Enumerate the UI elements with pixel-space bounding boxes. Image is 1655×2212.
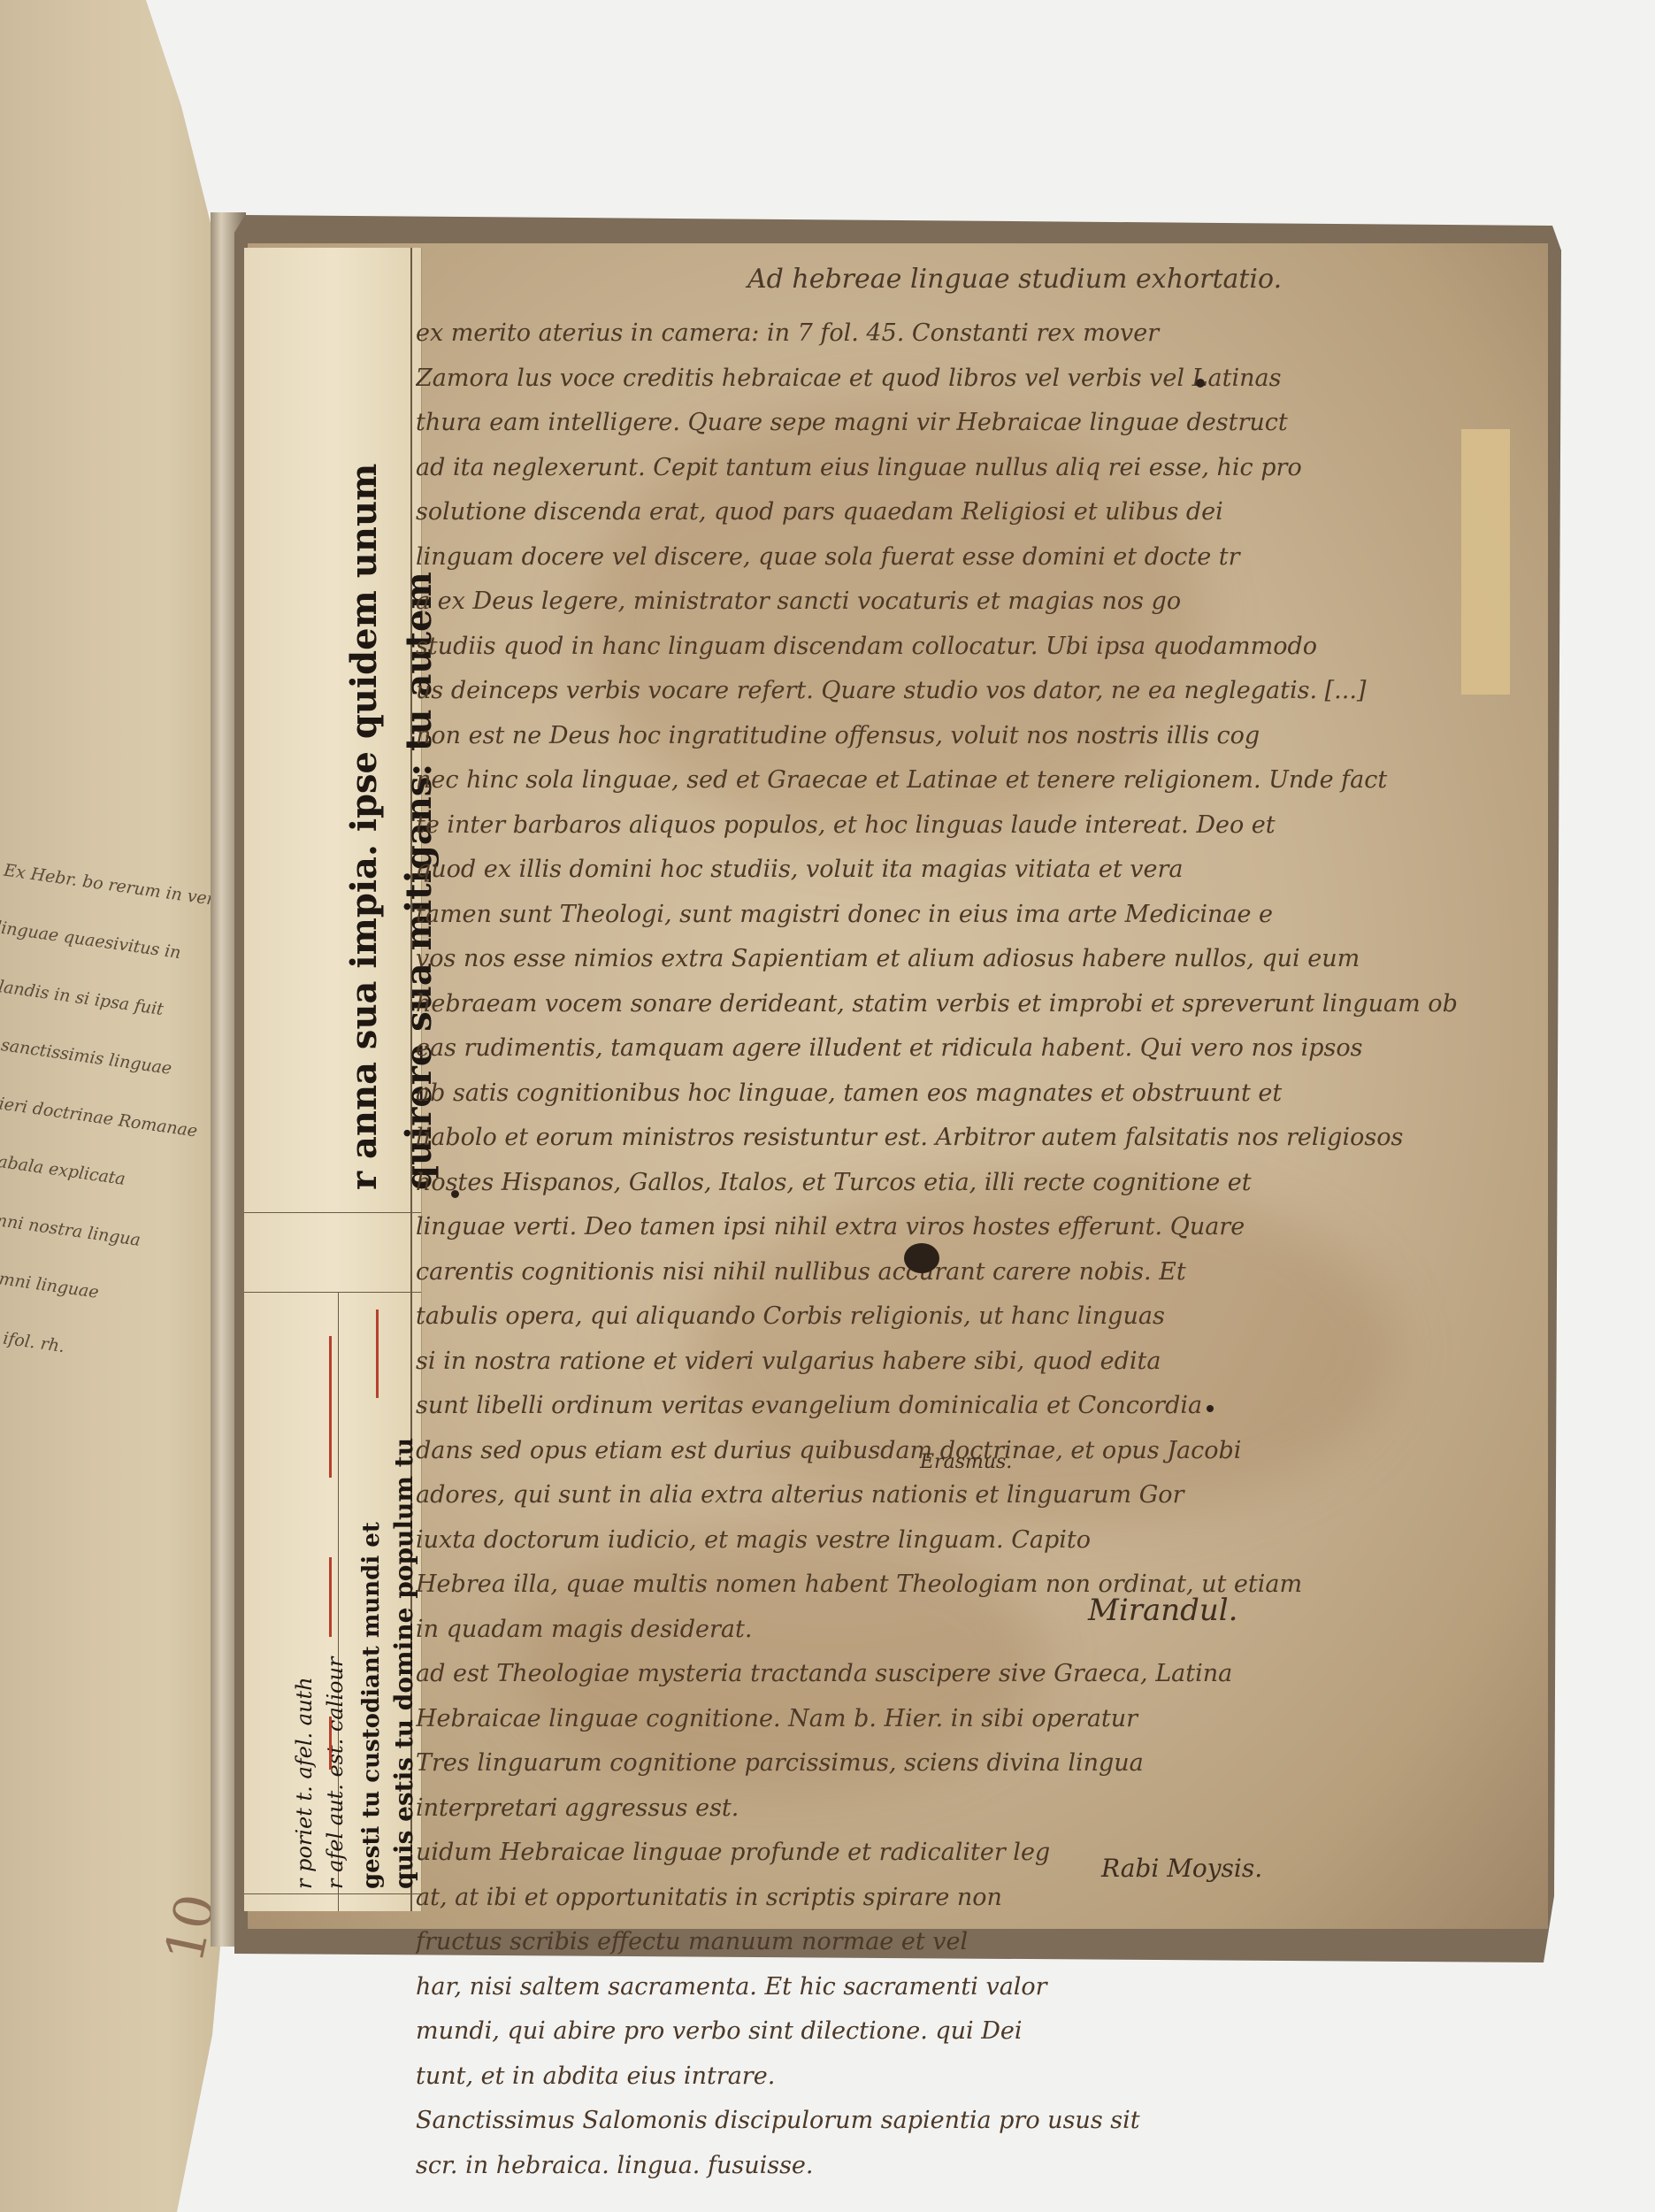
text-line: iuxta doctorum iudicio, et magis vestre … [416,1518,1490,1563]
text-line: studiis quod in hanc linguam discendam c… [416,625,1490,670]
text-line: at, at ibi et opportunitatis in scriptis… [416,1876,1490,1921]
text-line: te inter barbaros aliquos populos, et ho… [416,803,1490,849]
text-line: in quadam magis desiderat. [416,1608,1490,1653]
text-line: interpretari aggressus est. [416,1786,1490,1832]
worm-hole [1196,379,1205,388]
note-line: ... in 7. ifol. rh. [0,1320,166,1371]
note-line: in Cabala explicata [0,1148,190,1199]
pastedown-heading: Ad hebreae linguae studium exhortatio. [747,264,1282,295]
text-line: sunt libelli ordinum veritas evangelium … [416,1384,1490,1429]
attribution-mirandula: Mirandul. [1088,1593,1237,1628]
note-line: Ex Hebr. bo rerum in ver [3,861,231,911]
text-line: a ex Deus legere, ministrator sancti voc… [416,580,1490,625]
worm-hole [451,1190,459,1198]
text-line: adores, qui sunt in alia extra alterius … [416,1473,1490,1518]
attribution-rabbi: Rabi Moysis. [1101,1854,1262,1883]
text-line: Hebrea illa, quae multis nomen habent Th… [416,1563,1490,1608]
text-line: eas rudimentis, tamquam agere illudent e… [416,1026,1490,1071]
text-line: ad ita neglexerunt. Cepit tantum eius li… [416,446,1490,491]
text-line: ex merito aterius in camera: in 7 fol. 4… [416,311,1490,357]
text-line: hostes Hispanos, Gallos, Italos, et Turc… [416,1161,1490,1206]
text-line: si in nostra ratione et videri vulgarius… [416,1340,1490,1385]
text-line: Sanctissimus Salomonis discipulorum sapi… [416,2099,1490,2144]
note-line: in sanctissimis linguae [0,1033,207,1084]
fragment-lower-line-3: r afel aut. est. caliour [323,1657,348,1889]
text-line: ad est Theologiae mysteria tractanda sus… [416,1652,1490,1697]
note-line: ad omni nostra lingua [0,1206,182,1256]
text-line: Hebraicae linguae cognitione. Nam b. Hie… [416,1697,1490,1742]
note-line: linguae quaesivitus in [0,918,223,969]
attribution-erasmus: Erasmus. [920,1451,1012,1473]
text-line: fructus scribis effectu manuum normae et… [416,1920,1490,1965]
text-line: quod ex illis domini hoc studiis, voluit… [416,848,1490,893]
paper-loss [1461,429,1510,695]
text-line: Tres linguarum cognitione parcissimus, s… [416,1741,1490,1786]
text-line: carentis cognitionis nisi nihil nullibus… [416,1250,1490,1295]
worm-hole [904,1243,939,1273]
text-line: uidum Hebraicae linguae profunde et radi… [416,1831,1490,1876]
pastedown-text: ex merito aterius in camera: in 7 fol. 4… [416,311,1490,2188]
text-line: scr. in hebraica. lingua. fusuisse. [416,2144,1490,2189]
text-line: vos nos esse nimios extra Sapientiam et … [416,937,1490,982]
note-line: hinc omni linguae [0,1263,174,1314]
text-line: solutione discenda erat, quod pars quaed… [416,490,1490,535]
text-line: hebraeam vocem sonare derideant, statim … [416,982,1490,1027]
text-line: linguae verti. Deo tamen ipsi nihil extr… [416,1205,1490,1250]
text-line: Zamora lus voce creditis hebraicae et qu… [416,357,1490,402]
text-line: liabolo et eorum ministros resistuntur e… [416,1116,1490,1161]
text-line: us deinceps verbis vocare refert. Quare … [416,669,1490,714]
note-line: varieri doctrinae Romanae [0,1091,198,1141]
text-line: tabulis opera, qui aliquando Corbis reli… [416,1294,1490,1340]
text-line: mundi, qui abire pro verbo sint dilectio… [416,2009,1490,2055]
text-line: tamen sunt Theologi, sunt magistri donec… [416,893,1490,938]
text-line: ab satis cognitionibus hoc linguae, tame… [416,1071,1490,1117]
fragment-lower-line-4: r poriet t. afel. auth [292,1677,317,1889]
text-line: har, nisi saltem sacramenta. Et hic sacr… [416,1965,1490,2010]
text-line: linguam docere vel discere, quae sola fu… [416,535,1490,580]
text-line: tunt, et in abdita eius intrare. [416,2055,1490,2100]
text-line: nec hinc sola linguae, sed et Graecae et… [416,758,1490,803]
fragment-upper-line-2: r anna sua impia. ipse quidem unum [343,464,385,1190]
text-line: thura eam intelligere. Quare sepe magni … [416,401,1490,446]
fragment-lower-line-2: gesti tu custodiant mundi et [358,1522,385,1889]
note-line: blandis in si ipsa fuit [0,976,215,1026]
worm-hole [1207,1405,1214,1412]
text-line: non est ne Deus hoc ingratitudine offens… [416,714,1490,759]
fragment-lower-line-1: quis estis tu domine populum tu [389,1438,418,1889]
